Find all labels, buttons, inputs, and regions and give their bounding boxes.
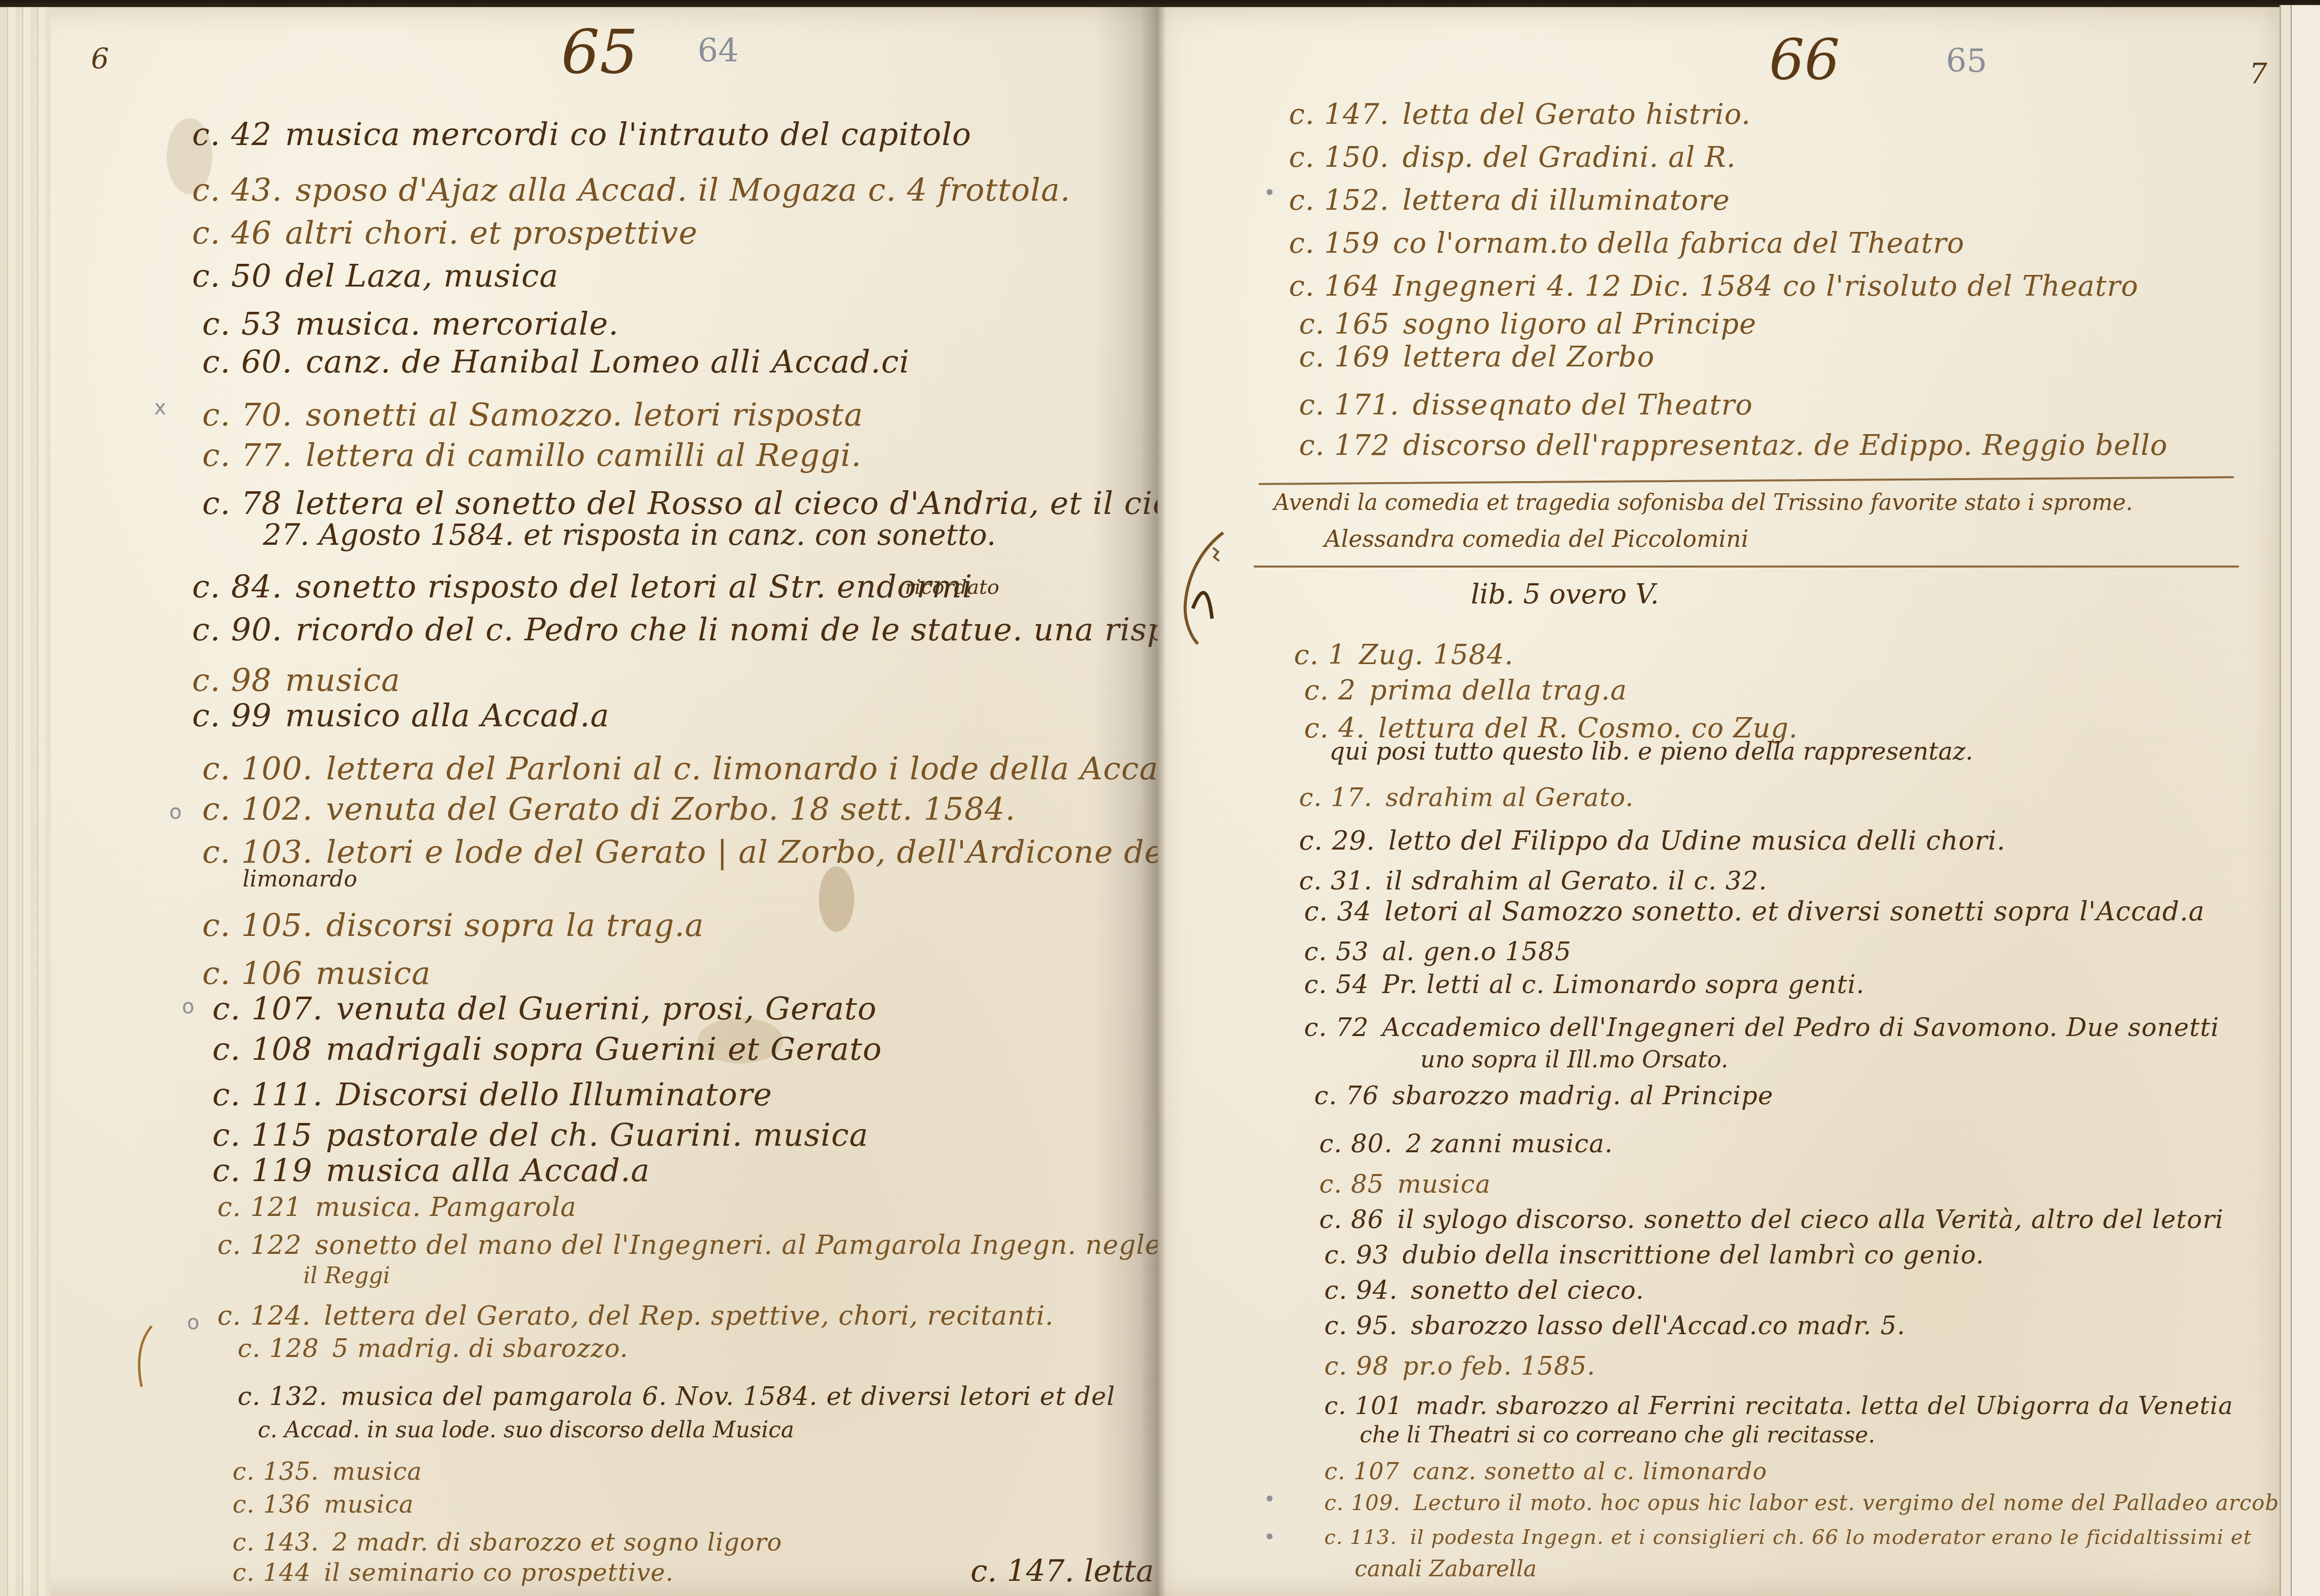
register-entry: c. 72Accademico dell'Ingegneri del Pedro… (1304, 1013, 2219, 1042)
register-entry: c. 95.sbarozzo lasso dell'Accad.co madr.… (1324, 1311, 1906, 1340)
register-entry: c. 54Pr. letti al c. Limonardo sopra gen… (1304, 970, 1865, 999)
register-entry: c. 94.sonetto del cieco. (1324, 1276, 1644, 1305)
register-entry: c. 106musica (202, 955, 431, 992)
ruled-block-line-1: Avendi la comedia et tragedia sofonisba … (1274, 490, 2133, 515)
folio-number-pencil: 64 (698, 32, 738, 70)
pencil-circle-mark: o (187, 1311, 199, 1334)
section-heading: lib. 5 overo V. (1471, 578, 1659, 610)
register-entry: c. 147.letta del Gerato histrio. (1289, 98, 1751, 131)
catchword: c. 147. letta (970, 1554, 1154, 1589)
register-entry: c. 135.musica (233, 1458, 422, 1486)
entry-continuation: canali Zabarella (1355, 1556, 1537, 1582)
open-manuscript: 6 65 64 x o o o c. 42musica mercordi co … (0, 0, 2320, 1596)
pencil-x-mark: x (154, 396, 166, 419)
register-entry: c. 98pr.o feb. 1585. (1324, 1351, 1596, 1381)
page-stack-left (0, 7, 51, 1596)
register-entry: c. 85musica (1319, 1169, 1491, 1199)
register-entry: c. 98musica (192, 662, 400, 698)
register-entry: c. 2prima della trag.a (1304, 674, 1627, 706)
register-entry: c. 107.venuta del Guerini, prosi, Gerato (212, 990, 877, 1027)
register-entry: c. 150.disp. del Gradini. al R. (1289, 141, 1736, 174)
register-entry: c. 113.il podesta Ingegn. et i consiglie… (1324, 1526, 2252, 1549)
register-entry: c. 43.sposo d'Ajaz alla Accad. il Mogaza… (192, 171, 1071, 208)
register-entry: c. 60.canz. de Hanibal Lomeo alli Accad.… (202, 343, 910, 380)
register-entry: c. 1Zug. 1584. (1294, 639, 1514, 671)
pencil-circle-mark: o (182, 995, 194, 1018)
register-entry: c. 143.2 madr. di sbarozzo et sogno ligo… (233, 1528, 782, 1557)
register-entry: c. 80.2 zanni musica. (1319, 1129, 1613, 1158)
register-entry: c. 169lettera del Zorbo (1299, 341, 1655, 373)
register-entry: c. 164Ingegneri 4. 12 Dic. 1584 co l'ris… (1289, 270, 2139, 303)
pencil-circle-mark: o (169, 801, 181, 824)
register-entry: c. 93dubio della inscrittione del lambrì… (1324, 1240, 1984, 1270)
register-entry: c. 53al. gen.o 1585 (1304, 937, 1571, 966)
register-entry: c. 101madr. sbarozzo al Ferrini recitata… (1324, 1392, 2233, 1420)
register-entry: c. 17.sdrahim al Gerato. (1299, 783, 1634, 812)
register-entry: c. 50del Laza, musica (192, 257, 559, 294)
register-entry: c. 99musico alla Accad.a (192, 697, 610, 734)
register-entry: c. 76sbarozzo madrig. al Principe (1314, 1081, 1774, 1110)
register-entry: c. 122sonetto del mano del l'Ingegneri. … (217, 1230, 1199, 1260)
folio-number-ink: 66 (1769, 27, 1840, 92)
register-entry: c. 144il seminario co prospettive. (233, 1559, 674, 1587)
register-entry: c. 165sogno ligoro al Principe (1299, 308, 1756, 341)
right-page: 66 65 7 c. 147.letta del Gerato histrio.… (1157, 7, 2280, 1596)
register-entry: c. 53musica. mercoriale. (202, 305, 619, 342)
pencil-dot-mark: • (1264, 1488, 1276, 1511)
register-entry: c. 119musica alla Accad.a (212, 1152, 650, 1189)
pencil-dot-mark: • (1264, 1526, 1276, 1549)
register-entry: c. 103.letori e lode del Gerato | al Zor… (202, 833, 1224, 870)
register-entry: c. 108madrigali sopra Guerini et Gerato (212, 1030, 882, 1067)
water-stain (819, 866, 854, 932)
register-entry: c. 84.sonetto risposto del letori al Str… (192, 568, 972, 605)
register-entry: c. 121musica. Pamgarola (217, 1192, 577, 1223)
register-entry: c. 31.il sdrahim al Gerato. il c. 32. (1299, 866, 1767, 896)
register-entry: c. 115pastorale del ch. Guarini. musica (212, 1116, 868, 1153)
corner-folio-mark: 7 (2249, 58, 2267, 90)
ruled-line (1259, 476, 2234, 485)
register-entry: c. 171.disseqnato del Theatro (1299, 389, 1753, 421)
pencil-dot-mark: • (1264, 181, 1276, 205)
register-entry: c. 109.Lecturo il moto. hoc opus hic lab… (1324, 1490, 2320, 1515)
folio-number-pencil: 65 (1946, 42, 1987, 80)
interlinear-insertion: ricordato (905, 576, 999, 599)
register-entry: c. 46altri chori. et prospettive (192, 214, 698, 251)
register-entry: c. 77.lettera di camillo camilli al Regg… (202, 437, 862, 474)
register-entry: c. 159co l'ornam.to della fabrica del Th… (1289, 227, 1965, 260)
register-entry: c. 102.venuta del Gerato di Zorbo. 18 se… (202, 790, 1016, 827)
register-entry: c. 152.lettera di illuminatore (1289, 184, 1730, 217)
register-entry: c. 1285 madrig. di sbarozzo. (238, 1334, 628, 1363)
page-stack-right (2280, 5, 2320, 1596)
register-entry: c. 132.musica del pamgarola 6. Nov. 1584… (238, 1382, 1116, 1411)
folio-number-ink: 65 (561, 17, 638, 87)
entry-continuation: il Reggi (303, 1263, 390, 1289)
ruled-block-line-2: Alessandra comedia del Piccolomini (1324, 525, 1748, 552)
register-entry: c. 86il sylogo discorso. sonetto del cie… (1319, 1205, 2224, 1234)
entry-continuation: c. Accad. in sua lode. suo discorso dell… (258, 1417, 794, 1443)
entry-continuation: limonardo (243, 866, 357, 892)
corner-folio-mark: 6 (91, 42, 109, 75)
ruled-line (1254, 566, 2239, 568)
entry-continuation: uno sopra il Ill.mo Orsato. (1420, 1046, 1728, 1073)
register-entry: c. 34letori al Samozzo sonetto. et diver… (1304, 897, 2205, 927)
register-entry: c. 124.lettera del Gerato, del Rep. spet… (217, 1301, 1054, 1331)
register-entry: c. 107canz. sonetto al c. limonardo (1324, 1458, 1767, 1485)
entry-continuation: che li Theatri si co correano che gli re… (1360, 1422, 1875, 1448)
entry-continuation: qui posi tutto questo lib. e pieno della… (1329, 737, 1973, 766)
left-page: 6 65 64 x o o o c. 42musica mercordi co … (0, 7, 1157, 1596)
register-entry: c. 105.discorsi sopra la trag.a (202, 907, 704, 944)
register-entry: c. 42musica mercordi co l'intrauto del c… (192, 116, 971, 153)
register-entry: c. 111.Discorsi dello Illuminatore (212, 1076, 772, 1113)
manicule-icon (1178, 528, 1233, 649)
register-entry: c. 70.sonetti al Samozzo. letori rispost… (202, 396, 863, 433)
margin-bracket-icon (131, 1321, 172, 1392)
entry-continuation: 27. Agosto 1584. et risposta in canz. co… (263, 518, 996, 552)
register-entry: c. 29.letto del Filippo da Udine musica … (1299, 826, 2006, 856)
register-entry: c. 136musica (233, 1490, 414, 1519)
register-entry: c. 172discorso dell'rappresentaz. de Edi… (1299, 429, 2168, 462)
